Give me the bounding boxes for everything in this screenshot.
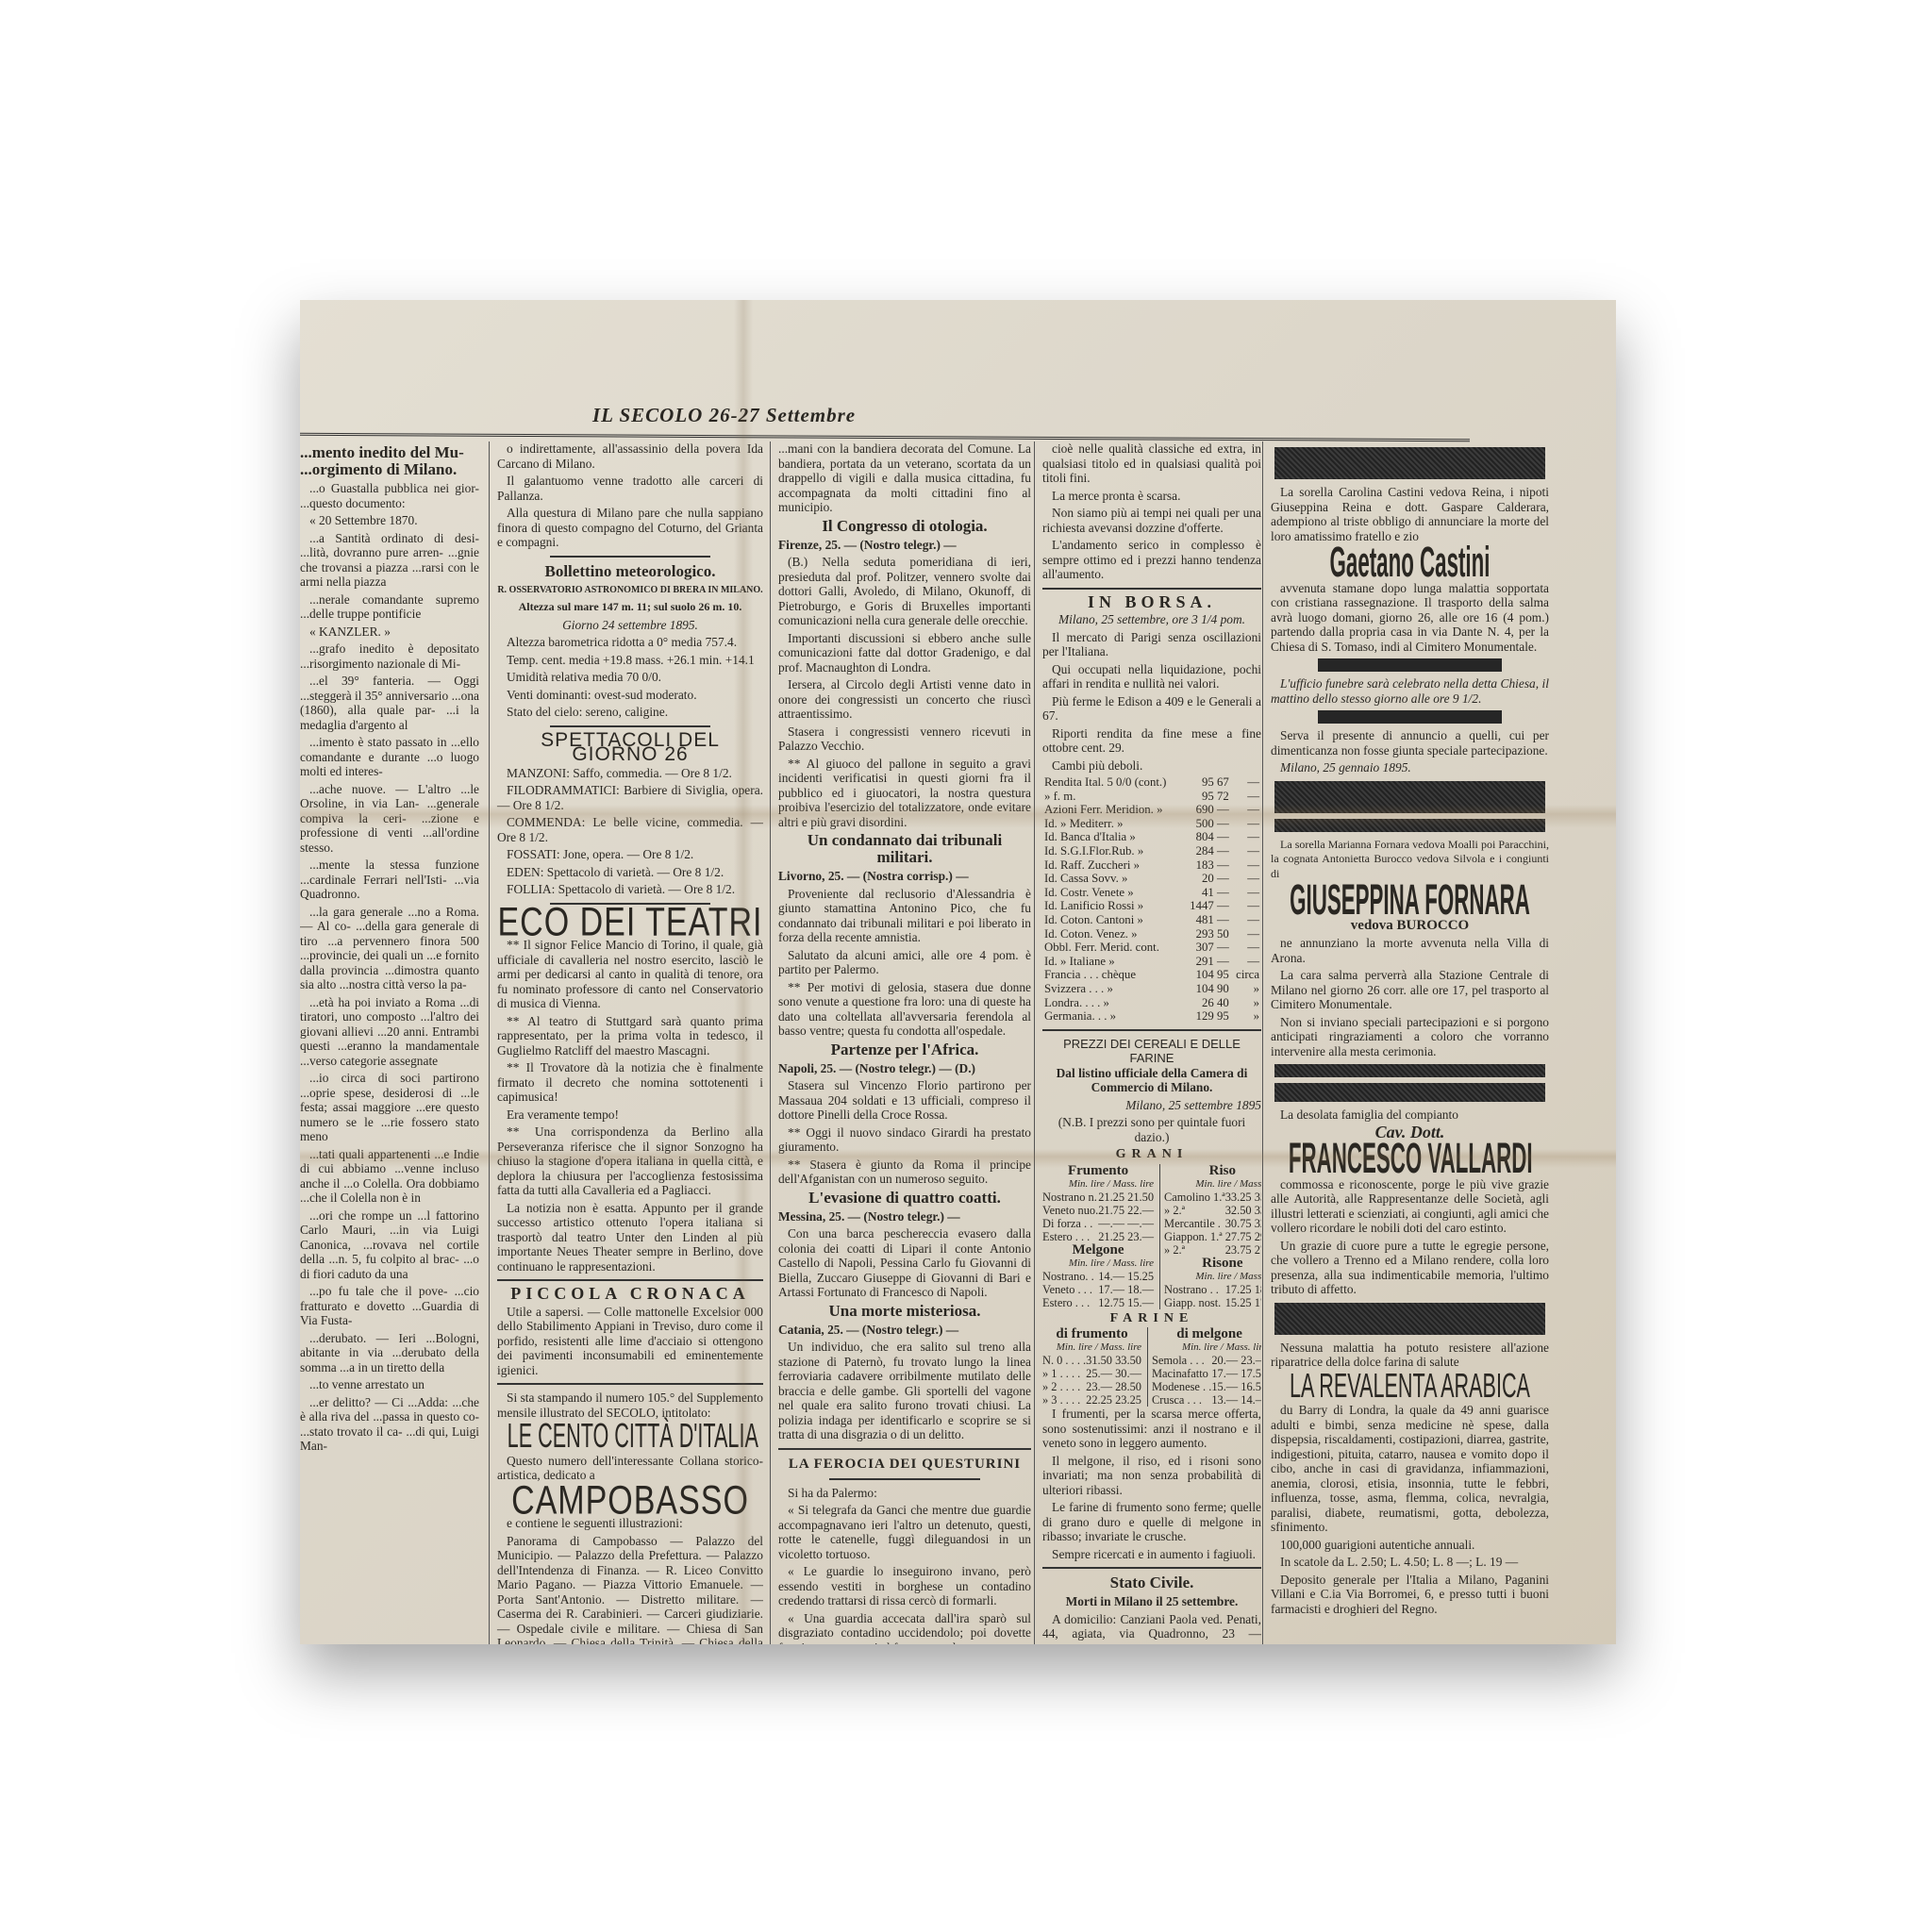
paragraph: Non siamo più ai tempi nei quali per una… <box>1042 506 1261 535</box>
revalenta-paragraphs: du Barry di Londra, la quale da 49 anni … <box>1271 1403 1549 1616</box>
borsa-value: 41 — <box>1183 886 1231 900</box>
price-values: 17.— 17.50 <box>1211 1367 1261 1380</box>
paragraph: ...la gara generale ...no a Roma. — Al c… <box>300 905 479 992</box>
paragraph: Con una barca peschereccia evasero dalla… <box>778 1226 1031 1300</box>
borsa-value: 95 72 <box>1183 790 1231 804</box>
morte-dateline: Catania, 25. — (Nostro telegr.) — <box>778 1323 1031 1338</box>
price-row: Giappon. 1.ª27.75 29.50 <box>1164 1230 1261 1243</box>
price-row: Estero . . .21.25 23.— <box>1042 1230 1154 1243</box>
paragraph: In scatole da L. 2.50; L. 4.50; L. 8 —; … <box>1271 1555 1549 1570</box>
price-label: Estero . . . <box>1042 1296 1090 1309</box>
price-row: » 1 . . . .25.— 30.— <box>1042 1367 1141 1380</box>
revalenta-name: LA REVALENTA ARABICA <box>1283 1377 1538 1395</box>
divider <box>1042 1567 1261 1569</box>
price-row: » 2.ª23.75 27.75 <box>1164 1243 1261 1257</box>
meteo-line: Temp. cent. media +19.8 mass. +26.1 min.… <box>497 653 763 668</box>
fornara-name: GIUSEPPINA FORNARA <box>1289 891 1531 908</box>
borsa-value: 104 95 <box>1183 968 1231 982</box>
borsa-value: 183 — <box>1183 858 1231 873</box>
eco-teatri-title: ECO DEI TEATRI <box>497 914 763 932</box>
stato-civile-title: Stato Civile. <box>1042 1574 1261 1591</box>
meteo-date: Giorno 24 settembre 1895. <box>497 618 763 633</box>
paragraph: « Si telegrafa da Ganci che mentre due g… <box>778 1503 1031 1561</box>
paragraph: Iersera, al Circolo degli Artisti venne … <box>778 677 1031 722</box>
paragraph: Le farine di frumento sono ferme; quelle… <box>1042 1500 1261 1544</box>
price-values: 13.— 14.— <box>1211 1393 1261 1407</box>
africa-paragraphs: Stasera sul Vincenzo Florio partirono pe… <box>778 1078 1031 1187</box>
price-row: Macinafatto17.— 17.50 <box>1152 1367 1261 1380</box>
paragraph: Il mercato di Parigi senza oscillazioni … <box>1042 630 1261 659</box>
borsa-value: 500 — <box>1183 817 1231 831</box>
paragraph: ** Il signor Felice Mancio di Torino, il… <box>497 938 763 1011</box>
morte-paragraphs: Un individuo, che era salito sul treno a… <box>778 1340 1031 1442</box>
borsa-value: 20 — <box>1183 872 1231 886</box>
min-max-label: Min. lire / Mass. lire <box>1152 1341 1261 1354</box>
borsa-row: Azioni Ferr. Meridion. »690 —— <box>1042 803 1261 817</box>
borsa-extra: — <box>1231 927 1261 941</box>
paragraph: ** Stasera è giunto da Roma il principe … <box>778 1158 1031 1187</box>
mourning-band <box>1274 781 1545 813</box>
ferocia-paragraphs: Si ha da Palermo:« Si telegrafa da Ganci… <box>778 1486 1031 1645</box>
borsa-extra: — <box>1231 872 1261 886</box>
newspaper-masthead: IL SECOLO 26-27 Settembre <box>592 404 856 427</box>
meteo-altitude: Altezza sul mare 147 m. 11; sul suolo 26… <box>497 600 763 615</box>
grani-title: GRANI <box>1042 1147 1261 1162</box>
borsa-extra: — <box>1231 858 1261 873</box>
borsa-label: Id. Banca d'Italia » <box>1042 830 1183 844</box>
meteo-line: Altezza barometrica ridotta a 0° media 7… <box>497 635 763 650</box>
condannato-dateline: Livorno, 25. — (Nostra corrisp.) — <box>778 869 1031 884</box>
borsa-row: Id. Coton. Venez. »293 50— <box>1042 927 1261 941</box>
paragraph: Importanti discussioni si ebbero anche s… <box>778 631 1031 675</box>
meteo-line: Venti dominanti: ovest-sud moderato. <box>497 688 763 703</box>
price-values: 32.50 33.25 <box>1225 1204 1261 1217</box>
price-row: » 3 . . . .22.25 23.25 <box>1042 1393 1141 1407</box>
paragraph: ...ori che rompe un ...l fattorino Carlo… <box>300 1208 479 1282</box>
borsa-value: 481 — <box>1183 913 1231 927</box>
borsa-value: 284 — <box>1183 844 1231 858</box>
borsa-label: Id. Raff. Zuccheri » <box>1042 858 1183 873</box>
spettacoli-list: MANZONI: Saffo, commedia. — Ore 8 1/2.FI… <box>497 766 763 897</box>
castini-serva: Serva il presente di annuncio a quelli, … <box>1271 728 1549 758</box>
paragraph: ...derubato. — Ieri ...Bologni, abitante… <box>300 1331 479 1375</box>
paragraph: Non si inviano speciali partecipazioni e… <box>1271 1015 1549 1059</box>
borsa-label: Id. » Mediterr. » <box>1042 817 1183 831</box>
borsa-extra: — <box>1231 955 1261 969</box>
borsa-row: Rendita Ital. 5 0/0 (cont.)95 67— <box>1042 775 1261 790</box>
borsa-row: Id. Lanificio Rossi »1447 —— <box>1042 899 1261 913</box>
stato-civile-paragraphs: A domicilio: Canziani Paola ved. Penati,… <box>1042 1612 1261 1644</box>
borsa-extra: — <box>1231 790 1261 804</box>
spettacolo-item: COMMENDA: Le belle vicine, commedia. — O… <box>497 815 763 844</box>
castini-body: avvenuta stamane dopo lunga malattia sop… <box>1271 581 1549 655</box>
price-row: Semola . . .20.— 23.— <box>1152 1354 1261 1367</box>
price-label: Mercantile . <box>1164 1217 1221 1230</box>
borsa-extra: — <box>1231 886 1261 900</box>
paragraph: Qui occupati nella liquidazione, pochi a… <box>1042 662 1261 691</box>
evasione-paragraphs: Con una barca peschereccia evasero dalla… <box>778 1226 1031 1300</box>
min-max-label: Min. lire / Mass. lire <box>1164 1270 1261 1283</box>
newspaper-header: IL SECOLO 26-27 Settembre <box>300 404 1489 432</box>
price-values: 31.50 33.50 <box>1086 1354 1141 1367</box>
price-row: Nostrano . .17.25 18.75 <box>1164 1283 1261 1296</box>
otologia-title: Il Congresso di otologia. <box>778 518 1031 535</box>
otologia-dateline: Firenze, 25. — (Nostro telegr.) — <box>778 538 1031 553</box>
borsa-table: Rendita Ital. 5 0/0 (cont.)95 67—» f. m.… <box>1042 775 1261 1024</box>
paragraph: La merce pronta è scarsa. <box>1042 489 1261 504</box>
price-values: 23.75 27.75 <box>1225 1243 1261 1257</box>
borsa-label: Azioni Ferr. Meridion. » <box>1042 803 1183 817</box>
ferocia-title: LA FEROCIA DEI QUESTURINI <box>778 1456 1031 1473</box>
borsa-label: Rendita Ital. 5 0/0 (cont.) <box>1042 775 1183 790</box>
borsa-value: 307 — <box>1183 941 1231 955</box>
borsa-label: Id. Lanificio Rossi » <box>1042 899 1183 913</box>
paragraph: ...a Santità ordinato di desi- ...lità, … <box>300 531 479 590</box>
price-values: 22.25 23.25 <box>1086 1393 1141 1407</box>
paragraph: ...ache nuove. — L'altro ...le Orsoline,… <box>300 782 479 856</box>
borsa-extra: — <box>1231 803 1261 817</box>
fornara-paragraphs: ne annunziano la morte avvenuta nella Vi… <box>1271 936 1549 1058</box>
borsa-label: Londra. . . . » <box>1042 996 1183 1010</box>
paragraph: Cambi più deboli. <box>1042 758 1261 774</box>
price-row: N. 0 . . . .31.50 33.50 <box>1042 1354 1141 1367</box>
price-label: Estero . . . <box>1042 1230 1090 1243</box>
price-label: » 2 . . . . <box>1042 1380 1080 1393</box>
divider <box>778 1448 1031 1450</box>
borsa-value: 1447 — <box>1183 899 1231 913</box>
borsa-label: Id. Costr. Venete » <box>1042 886 1183 900</box>
price-label: Veneto nuo. <box>1042 1204 1098 1217</box>
borsa-row: Id. » Italiane »291 —— <box>1042 955 1261 969</box>
paragraph: Si ha da Palermo: <box>778 1486 1031 1501</box>
borsa-value: 104 90 <box>1183 982 1231 996</box>
borsa-value: 291 — <box>1183 955 1231 969</box>
revalenta-intro: Nessuna malattia ha potuto resistere all… <box>1271 1341 1549 1370</box>
paragraph: ...o Guastalla pubblica nei gior- ...que… <box>300 481 479 510</box>
price-values: 17.— 18.— <box>1098 1283 1154 1296</box>
utile-a-sapersi: Utile a sapersi. — Colle mattonelle Exce… <box>497 1305 763 1378</box>
spettacolo-item: MANZONI: Saffo, commedia. — Ore 8 1/2. <box>497 766 763 781</box>
paragraph: « Le guardie lo inseguirono invano, però… <box>778 1564 1031 1608</box>
borsa-extra: — <box>1231 817 1261 831</box>
paragraph: (B.) Nella seduta pomeridiana di ieri, p… <box>778 555 1031 628</box>
meteo-title: Bollettino meteorologico. <box>497 563 763 580</box>
borsa-value: 690 — <box>1183 803 1231 817</box>
price-row: Veneto . . .17.— 18.— <box>1042 1283 1154 1296</box>
grani-table: FrumentoMin. lire / Mass. lireNostrano n… <box>1042 1164 1261 1309</box>
price-values: 27.75 29.50 <box>1225 1230 1261 1243</box>
paragraph: L'andamento serico in complesso è sempre… <box>1042 538 1261 582</box>
spettacolo-item: FOLLIA: Spettacolo di varietà. — Ore 8 1… <box>497 882 763 897</box>
castini-ufficio: L'ufficio funebre sarà celebrato nella d… <box>1271 676 1549 706</box>
borsa-label: Id. Coton. Venez. » <box>1042 927 1183 941</box>
price-row: Estero . . .12.75 15.— <box>1042 1296 1154 1309</box>
borsa-extra: — <box>1231 913 1261 927</box>
otologia-paragraphs: (B.) Nella seduta pomeridiana di ieri, p… <box>778 555 1031 829</box>
paragraph: ** Al giuoco del pallone in seguito a gr… <box>778 757 1031 830</box>
price-row: Veneto nuo.21.75 22.— <box>1042 1204 1154 1217</box>
paragraph: ...tati quali appartenenti ...e Indie di… <box>300 1147 479 1206</box>
paragraph: ** Oggi il nuovo sindaco Girardi ha pres… <box>778 1125 1031 1155</box>
borsa-label: Id. » Italiane » <box>1042 955 1183 969</box>
price-row: » 2.ª32.50 33.25 <box>1164 1204 1261 1217</box>
borsa-extra: — <box>1231 775 1261 790</box>
price-label: Nostrano n. <box>1042 1191 1097 1204</box>
borsa-row: Obbl. Ferr. Merid. cont.307 —— <box>1042 941 1261 955</box>
borsa-label: Francia . . . chèque <box>1042 968 1183 982</box>
paragraph: ** Per motivi di gelosia, stasera due do… <box>778 980 1031 1039</box>
price-values: 33.25 35.25 <box>1225 1191 1261 1204</box>
castini-intro: La sorella Carolina Castini vedova Reina… <box>1271 485 1549 543</box>
illustrazioni-list: Panorama di Campobasso — Palazzo del Mun… <box>497 1534 763 1645</box>
price-label: Giapp. nost. <box>1164 1296 1221 1309</box>
price-label: Semola . . . <box>1152 1354 1205 1367</box>
farine-title: FARINE <box>1042 1311 1261 1326</box>
paragraph: Più ferme le Edison a 409 e le Generali … <box>1042 694 1261 724</box>
vallardi-intro: La desolata famiglia del compianto <box>1271 1108 1549 1123</box>
africa-dateline: Napoli, 25. — (Nostro telegr.) — (D.) <box>778 1061 1031 1076</box>
borsa-row: Id. » Mediterr. »500 —— <box>1042 817 1261 831</box>
col3-intro: ...mani con la bandiera decorata del Com… <box>778 441 1031 515</box>
price-group-title: Melgone <box>1042 1243 1154 1257</box>
price-values: 17.25 18.75 <box>1225 1283 1261 1296</box>
price-label: Crusca . . . <box>1152 1393 1202 1407</box>
price-row: Modenese . .15.— 16.50 <box>1152 1380 1261 1393</box>
borsa-paragraphs: Il mercato di Parigi senza oscillazioni … <box>1042 630 1261 774</box>
paragraph: Proveniente dal reclusorio d'Alessandria… <box>778 887 1031 945</box>
paragraph: ...grafo inedito è depositato ...risorgi… <box>300 641 479 671</box>
borsa-row: Id. Coton. Cantoni »481 —— <box>1042 913 1261 927</box>
borsa-row: Francia . . . chèque104 95circa <box>1042 968 1261 982</box>
borsa-label: Svizzera . . . » <box>1042 982 1183 996</box>
vallardi-paragraphs: commossa e riconoscente, porge le più vi… <box>1271 1177 1549 1297</box>
paragraph: « 20 Settembre 1870. <box>300 513 479 528</box>
paragraph: Stasera sul Vincenzo Florio partirono pe… <box>778 1078 1031 1123</box>
vallardi-name: FRANCESCO VALLARDI <box>1289 1149 1531 1167</box>
mourning-band <box>1318 658 1502 672</box>
price-group-title: di frumento <box>1042 1327 1141 1341</box>
meteo-observatory: R. OSSERVATORIO ASTRONOMICO DI BRERA IN … <box>497 583 763 598</box>
paragraph: cioè nelle qualità classiche ed extra, i… <box>1042 441 1261 486</box>
borsa-row: Id. Costr. Venete »41 —— <box>1042 886 1261 900</box>
price-label: Modenese . . <box>1152 1380 1211 1393</box>
borsa-value: 804 — <box>1183 830 1231 844</box>
divider <box>497 1279 763 1281</box>
castini-date: Milano, 25 gennaio 1895. <box>1271 760 1549 775</box>
borsa-row: Germania. . . »129 95» <box>1042 1009 1261 1024</box>
price-values: 21.25 23.— <box>1098 1230 1154 1243</box>
mourning-band <box>1274 819 1545 832</box>
borsa-extra: » <box>1231 982 1261 996</box>
paragraph: La cara salma perverrà alla Stazione Cen… <box>1271 968 1549 1012</box>
paragraph: Sempre ricercati e in aumento i fagiuoli… <box>1042 1547 1261 1562</box>
borsa-value: 129 95 <box>1183 1009 1231 1024</box>
paragraph: Alla questura di Milano pare che nulla s… <box>497 506 763 550</box>
newspaper-page: IL SECOLO 26-27 Settembre ...mento inedi… <box>300 300 1616 1644</box>
price-values: 12.75 15.— <box>1098 1296 1154 1309</box>
cento-citta-title: LE CENTO CITTÀ D'ITALIA <box>508 1427 754 1445</box>
borsa-row: Svizzera . . . »104 90» <box>1042 982 1261 996</box>
cereali-comments: I frumenti, per la scarsa merce offerta,… <box>1042 1407 1261 1561</box>
price-row: Crusca . . .13.— 14.— <box>1152 1393 1261 1407</box>
col1-paragraphs: ...o Guastalla pubblica nei gior- ...que… <box>300 481 479 1454</box>
paragraph: ** Il Trovatore dà la notizia che è fina… <box>497 1060 763 1105</box>
condannato-paragraphs: Proveniente dal reclusorio d'Alessandria… <box>778 887 1031 1039</box>
borsa-extra: — <box>1231 830 1261 844</box>
price-label: » 1 . . . . <box>1042 1367 1080 1380</box>
paragraph: du Barry di Londra, la quale da 49 anni … <box>1271 1403 1549 1535</box>
piccola-cronaca-title: PICCOLA CRONACA <box>497 1287 763 1302</box>
price-values: 15.— 16.50 <box>1211 1380 1261 1393</box>
borsa-value: 293 50 <box>1183 927 1231 941</box>
paragraph: commossa e riconoscente, porge le più vi… <box>1271 1177 1549 1236</box>
paragraph: ...er delitto? — Ci ...Adda: ...che è al… <box>300 1395 479 1454</box>
paragraph: A domicilio: Canziani Paola ved. Penati,… <box>1042 1612 1261 1644</box>
price-row: » 2 . . . .23.— 28.50 <box>1042 1380 1141 1393</box>
borsa-row: Id. Banca d'Italia »804 —— <box>1042 830 1261 844</box>
borsa-value: 95 67 <box>1183 775 1231 790</box>
morte-title: Una morte misteriosa. <box>778 1303 1031 1320</box>
price-row: Nostrano n.21.25 21.50 <box>1042 1191 1154 1204</box>
supplemento-text: Si sta stampando il numero 105.° del Sup… <box>497 1391 763 1420</box>
castini-name: Gaetano Castini <box>1289 553 1531 571</box>
paragraph: ...età ha poi inviato a Roma ...di tirat… <box>300 995 479 1069</box>
paragraph: ** Al teatro di Stuttgard sarà quanto pr… <box>497 1014 763 1058</box>
borsa-label: Obbl. Ferr. Merid. cont. <box>1042 941 1183 955</box>
cereali-note: (N.B. I prezzi sono per quintale fuori d… <box>1042 1115 1261 1144</box>
mourning-band <box>1274 447 1545 479</box>
price-values: —.— —.— <box>1098 1217 1154 1230</box>
paragraph: Deposito generale per l'Italia a Milano,… <box>1271 1573 1549 1617</box>
paragraph: I frumenti, per la scarsa merce offerta,… <box>1042 1407 1261 1451</box>
borsa-dateline: Milano, 25 settembre, ore 3 1/4 pom. <box>1042 612 1261 627</box>
min-max-label: Min. lire / Mass. lire <box>1042 1341 1141 1354</box>
price-group-title: Riso <box>1164 1164 1261 1177</box>
borsa-row: Id. S.G.I.Flor.Rub. »284 —— <box>1042 844 1261 858</box>
borsa-extra: » <box>1231 996 1261 1010</box>
borsa-label: Id. Coton. Cantoni » <box>1042 913 1183 927</box>
spettacolo-item: FOSSATI: Jone, opera. — Ore 8 1/2. <box>497 847 763 862</box>
column-5: La sorella Carolina Castini vedova Reina… <box>1262 441 1549 1644</box>
borsa-label: Germania. . . » <box>1042 1009 1183 1024</box>
paragraph: 100,000 guarigioni autentiche annuali. <box>1271 1538 1549 1553</box>
borsa-row: Id. Cassa Sovv. »20 —— <box>1042 872 1261 886</box>
price-label: » 2.ª <box>1164 1243 1185 1257</box>
stato-civile-subtitle: Morti in Milano il 25 settembre. <box>1042 1594 1261 1609</box>
paragraph: ...io circa di soci partirono ...oprie s… <box>300 1071 479 1144</box>
price-group-title: di melgone <box>1152 1327 1261 1341</box>
paragraph: « Una guardia accecata dall'ira sparò su… <box>778 1611 1031 1645</box>
col4-intro: cioè nelle qualità classiche ed extra, i… <box>1042 441 1261 582</box>
farine-table: di frumentoMin. lire / Mass. lireN. 0 . … <box>1042 1327 1261 1407</box>
spettacolo-item: EDEN: Spettacolo di varietà. — Ore 8 1/2… <box>497 865 763 880</box>
meteo-line: Stato del cielo: sereno, caligine. <box>497 705 763 720</box>
price-values: 21.25 21.50 <box>1098 1191 1154 1204</box>
evasione-dateline: Messina, 25. — (Nostro telegr.) — <box>778 1209 1031 1224</box>
mourning-band <box>1274 1064 1545 1077</box>
paragraph: Stasera i congressisti vennero ricevuti … <box>778 724 1031 754</box>
paragraph: Un individuo, che era salito sul treno a… <box>778 1340 1031 1442</box>
borsa-label: Id. S.G.I.Flor.Rub. » <box>1042 844 1183 858</box>
column-2: o indirettamente, all'assassinio della p… <box>489 441 763 1644</box>
header-rule <box>300 433 1470 441</box>
borsa-value: 26 40 <box>1183 996 1231 1010</box>
mourning-band <box>1274 1303 1545 1335</box>
price-label: Veneto . . . <box>1042 1283 1092 1296</box>
min-max-label: Min. lire / Mass. lire <box>1164 1177 1261 1191</box>
africa-title: Partenze per l'Africa. <box>778 1041 1031 1058</box>
price-label: Nostrano. . <box>1042 1270 1094 1283</box>
borsa-extra: circa <box>1231 968 1261 982</box>
divider <box>1042 1029 1261 1031</box>
borsa-row: » f. m.95 72— <box>1042 790 1261 804</box>
paragraph: ...imento è stato passato in ...ello com… <box>300 735 479 779</box>
price-row: Nostrano. .14.— 15.25 <box>1042 1270 1154 1283</box>
col1-heading: ...mento inedito del Mu- ...orgimento di… <box>300 444 479 478</box>
divider <box>550 725 709 727</box>
column-4: cioè nelle qualità classiche ed extra, i… <box>1034 441 1261 1644</box>
price-label: Camolino 1.ª <box>1164 1191 1225 1204</box>
price-label: » 2.ª <box>1164 1204 1185 1217</box>
mourning-band <box>1274 1083 1545 1102</box>
borsa-extra: » <box>1231 1009 1261 1024</box>
price-row: Mercantile .30.75 32.— <box>1164 1217 1261 1230</box>
price-label: N. 0 . . . . <box>1042 1354 1086 1367</box>
borsa-label: » f. m. <box>1042 790 1183 804</box>
paragraph: ...el 39° fanteria. — Oggi ...steggerà i… <box>300 674 479 732</box>
paragraph: Un grazie di cuore pure a tutte le egreg… <box>1271 1239 1549 1297</box>
price-row: Di forza . .—.— —.— <box>1042 1217 1154 1230</box>
campobasso-title: CAMPOBASSO <box>497 1492 763 1510</box>
divider <box>550 556 709 558</box>
price-values: 25.— 30.— <box>1086 1367 1141 1380</box>
paragraph: « KANZLER. » <box>300 625 479 640</box>
borsa-label: Id. Cassa Sovv. » <box>1042 872 1183 886</box>
price-label: Di forza . . <box>1042 1217 1092 1230</box>
borsa-title: IN BORSA. <box>1042 595 1261 610</box>
price-values: 20.— 23.— <box>1211 1354 1261 1367</box>
price-group-title: Frumento <box>1042 1164 1154 1177</box>
spettacolo-item: FILODRAMMATICI: Barbiere di Siviglia, op… <box>497 783 763 812</box>
price-values: 15.25 17.50 <box>1225 1296 1261 1309</box>
paragraph: ...po fu tale che il pove- ...cio frattu… <box>300 1284 479 1328</box>
price-values: 14.— 15.25 <box>1098 1270 1154 1283</box>
mourning-band <box>1318 710 1502 724</box>
min-max-label: Min. lire / Mass. lire <box>1042 1177 1154 1191</box>
paragraph: Riporti rendita da fine mese a fine otto… <box>1042 726 1261 756</box>
paragraph: Il melgone, il riso, ed i risoni sono in… <box>1042 1454 1261 1498</box>
price-label: Macinafatto <box>1152 1367 1208 1380</box>
borsa-extra: — <box>1231 941 1261 955</box>
price-group-title: Risone <box>1164 1257 1261 1270</box>
price-row: Camolino 1.ª33.25 35.25 <box>1164 1191 1261 1204</box>
price-label: Nostrano . . <box>1164 1283 1219 1296</box>
paragraph: ...nerale comandante supremo ...delle tr… <box>300 592 479 622</box>
meteo-lines: Altezza barometrica ridotta a 0° media 7… <box>497 635 763 720</box>
min-max-label: Min. lire / Mass. lire <box>1042 1257 1154 1270</box>
divider <box>497 1383 763 1385</box>
paragraph: Il galantuomo venne tradotto alle carcer… <box>497 474 763 503</box>
borsa-extra: — <box>1231 844 1261 858</box>
borsa-extra: — <box>1231 899 1261 913</box>
paragraph: Salutato da alcuni amici, alle ore 4 pom… <box>778 948 1031 977</box>
divider <box>829 1478 981 1480</box>
column-3: ...mani con la bandiera decorata del Com… <box>770 441 1031 1644</box>
price-values: 21.75 22.— <box>1098 1204 1154 1217</box>
column-1: ...mento inedito del Mu- ...orgimento di… <box>300 441 479 1644</box>
price-values: 23.— 28.50 <box>1086 1380 1141 1393</box>
eco-teatri-paragraphs: ** Il signor Felice Mancio di Torino, il… <box>497 938 763 1274</box>
